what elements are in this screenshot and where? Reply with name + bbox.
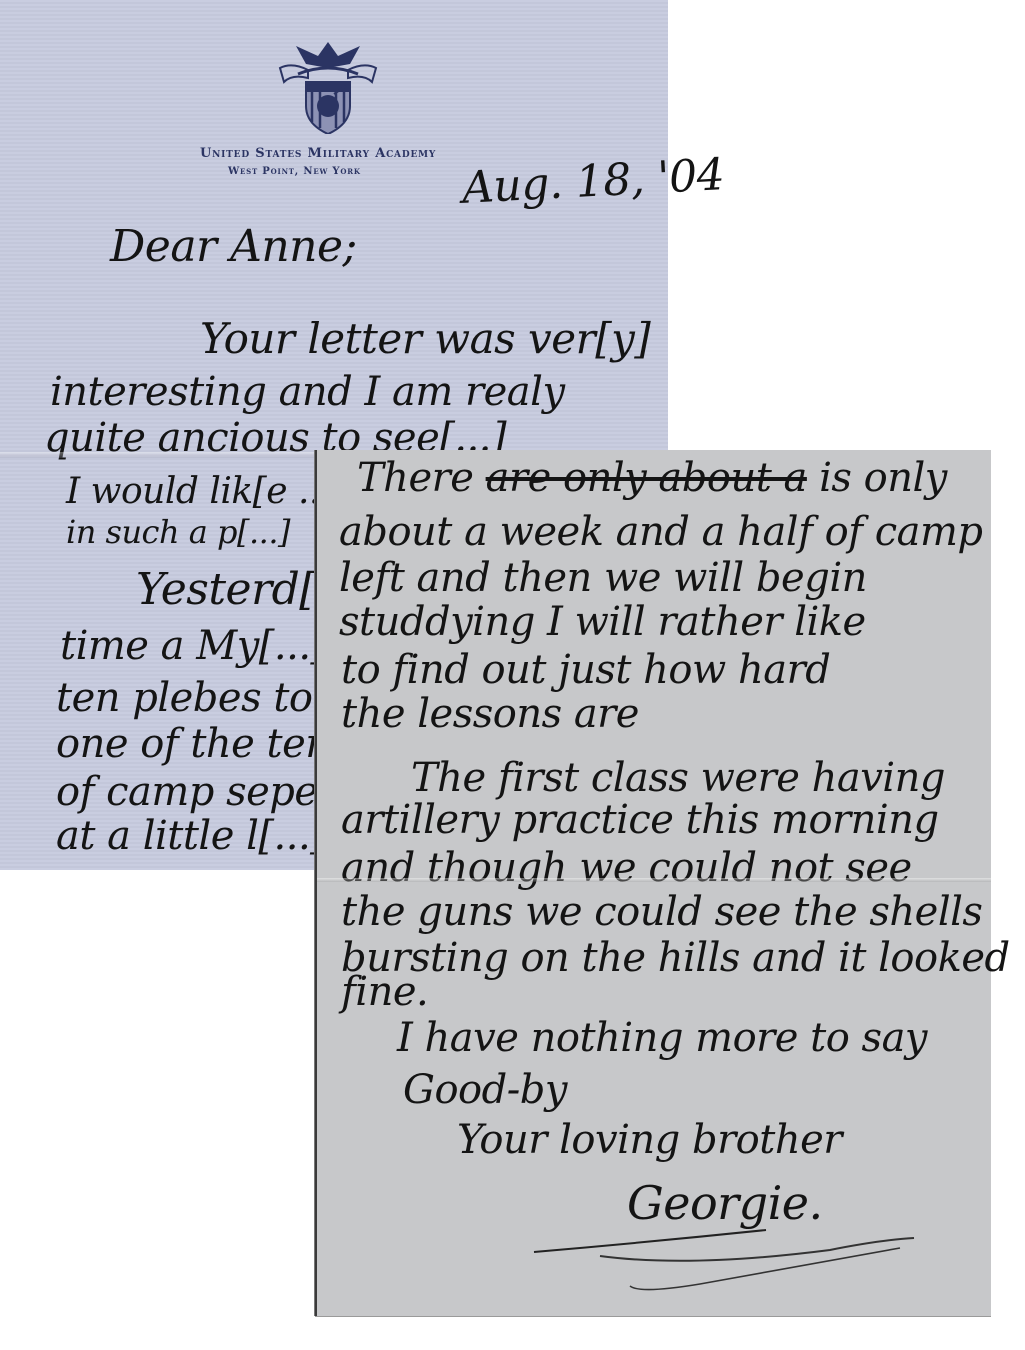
letterhead-institution: United States Military Academy [200,146,500,161]
page1-line: time a My[...] [60,626,326,666]
letter-page-2: There are only about a is only about a w… [315,450,991,1316]
page2-line: about a week and a half of camp [339,512,982,552]
page2-line: studdying I will rather like [339,602,866,642]
page2-line: fine. [341,972,428,1012]
page2-line: artillery practice this morning [341,800,939,840]
page2-line: bursting on the hills and it looked [341,938,1010,978]
line-text: is only [819,455,947,501]
page2-line: There are only about a is only [357,458,947,498]
closing-good-by: Good-by [403,1070,567,1110]
signature: Georgie. [627,1180,823,1226]
letterhead-location: West Point, New York [228,166,428,177]
page2-line: and though we could not see [341,848,912,888]
struck-text: are only about a [486,455,807,501]
letter-date: Aug. 18, '04 [461,153,725,211]
closing-line: Your loving brother [457,1120,842,1160]
page2-line: The first class were having [411,758,945,798]
page1-line: interesting and I am realy [50,372,565,412]
page2-line: the lessons are [341,694,639,734]
page2-line: the guns we could see the shells [341,892,982,932]
page1-line: in such a p[...] [66,516,290,548]
page2-line: I have nothing more to say [397,1018,927,1058]
eagle-shield-crest-icon [272,34,384,134]
signature-flourish-icon [530,1228,950,1308]
page1-line: I would lik[e ...] [66,474,344,510]
page2-line: to find out just how hard [341,650,830,690]
line-text: There [357,455,473,501]
page2-line: left and then we will begin [339,558,867,598]
salutation: Dear Anne; [110,225,357,269]
page1-line: at a little l[...] [56,816,325,856]
page1-line: Your letter was ver[y] [200,318,650,360]
